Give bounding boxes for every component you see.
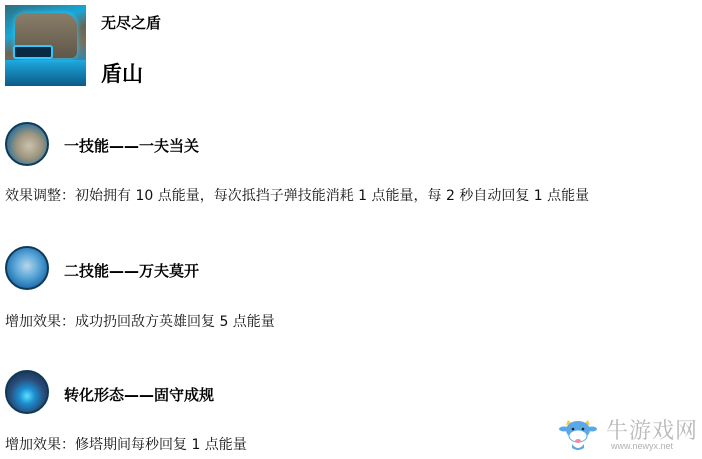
hero-name: 盾山 (101, 58, 143, 88)
skill-one-title: 一技能——一夫当关 (64, 135, 199, 156)
portrait-glow (5, 60, 86, 86)
watermark-url: www.newyx.net (611, 441, 673, 451)
transform-title: 转化形态——固守成规 (64, 384, 214, 405)
skill-one-description: 效果调整：初始拥有 10 点能量，每次抵挡子弹技能消耗 1 点能量，每 2 秒自… (5, 185, 589, 205)
skill-two-icon (5, 246, 49, 290)
hero-portrait (5, 5, 86, 86)
skill-two-title: 二技能——万夫莫开 (64, 260, 199, 281)
skill-one-icon (5, 122, 49, 166)
transform-description: 增加效果：修塔期间每秒回复 1 点能量 (5, 434, 247, 454)
portrait-visor (13, 45, 53, 59)
transform-icon (5, 370, 49, 414)
skill-two-description: 增加效果：成功扔回敌方英雄回复 5 点能量 (5, 311, 275, 331)
hero-subtitle: 无尽之盾 (101, 12, 161, 33)
cow-mascot-icon (558, 412, 598, 452)
